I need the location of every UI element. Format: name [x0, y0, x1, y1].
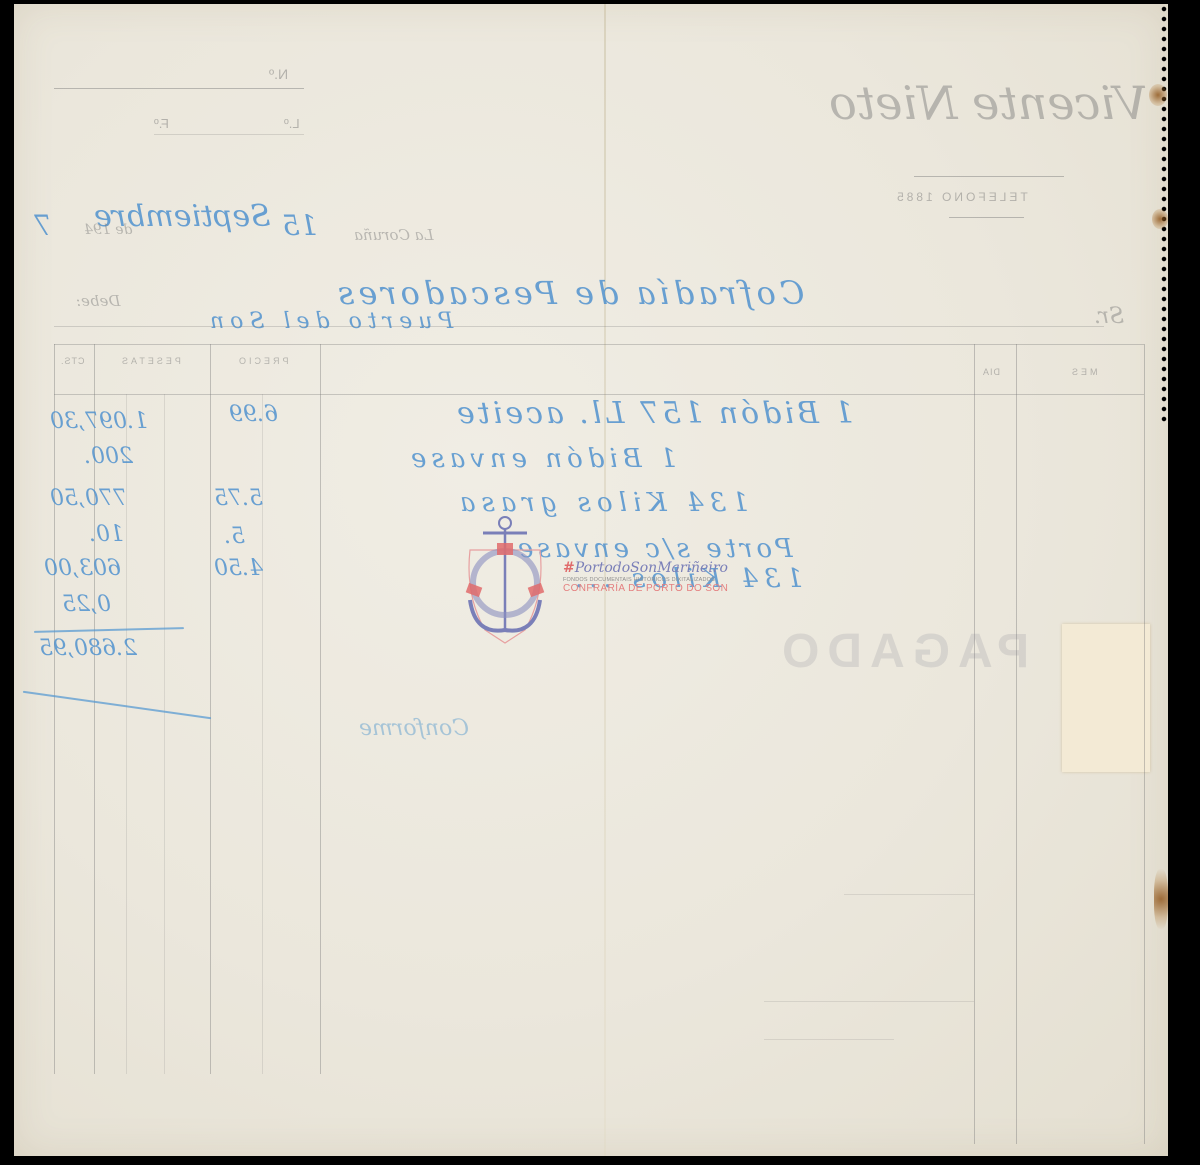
table-subdivider [164, 394, 165, 1074]
line-item-description: 1 Bidón 157 Ll. aceite [454, 396, 854, 431]
line-item-amount: 200. [84, 444, 133, 469]
recipient-name-line2: Puerto del Son [204, 309, 453, 334]
line-item-precio: 5.75 [214, 486, 263, 511]
watermark-title: #PortodoSonMariñeiro [563, 560, 728, 576]
line-item-amount: 1.097,30 [50, 409, 148, 434]
watermark-organization: CONFRARÍA DE PORTO DO SON [563, 583, 728, 594]
ledger-field-line [154, 134, 304, 135]
rust-stain [1154, 869, 1168, 929]
signature-ghost: Conforme [359, 716, 469, 741]
header-pesetas: PESETAS [119, 356, 181, 366]
date-year-suffix: 7 [34, 209, 52, 242]
letterhead-rule-short [949, 217, 1024, 218]
header-dia: DIA [982, 367, 1000, 377]
total-amount: 2.680,95 [39, 636, 137, 661]
line-item-precio: 5. [224, 524, 245, 549]
rust-stain [1152, 209, 1168, 229]
watermark-text: #PortodoSonMariñeiro FONDOS DOCUMENTAIS … [563, 560, 728, 594]
date-day: 15 [282, 209, 318, 242]
folio-field-label: F.º [154, 116, 169, 131]
rust-stain [1149, 84, 1167, 106]
total-flourish [23, 691, 211, 719]
table-right-border [1144, 344, 1145, 1144]
recipient-line [54, 326, 1104, 327]
line-item-precio: 6.99 [229, 402, 278, 427]
table-top-border [54, 344, 1144, 345]
table-column-divider [1016, 344, 1017, 1144]
table-column-divider [320, 344, 321, 1074]
header-cts: CTS. [60, 356, 85, 366]
letterhead-rule [914, 176, 1064, 177]
company-name: Vicente Nieto [829, 76, 1147, 130]
ghost-rule [764, 1039, 894, 1040]
header-precio: PRECIO [236, 356, 289, 366]
number-field-line [54, 88, 304, 89]
table-column-divider [54, 344, 55, 1074]
table-column-divider [210, 344, 211, 1074]
debe-label: Debe: [76, 292, 120, 310]
ghost-rule [844, 894, 974, 895]
date-year-prefix: de 194 [84, 222, 132, 238]
table-header-bottom [54, 394, 1144, 395]
number-field-label: N.º [269, 66, 288, 82]
ledger-field-label: L.º [284, 116, 300, 131]
total-underline [34, 627, 184, 633]
line-item-amount: 603,00 [44, 556, 121, 581]
ghost-rule [764, 1001, 974, 1002]
table-column-divider [974, 344, 975, 1144]
place-label: La Coruña [354, 226, 434, 244]
paper-tape-patch [1062, 624, 1150, 772]
line-item-amount: 770,50 [50, 486, 127, 511]
line-item-description: 134 Kilos grasa [454, 488, 749, 518]
header-mes: MES [1069, 367, 1098, 377]
line-item-precio: 4.50 [214, 556, 263, 581]
extra-amount: 0,25 [62, 592, 111, 617]
anchor-emblem-icon [455, 515, 555, 650]
recipient-name-line1: Cofradía de Pescadores [334, 274, 804, 312]
phone-label: TELEFONO 1885 [894, 190, 1028, 204]
paid-stamp-ghost: PAGADO [774, 624, 1029, 679]
line-item-amount: 10. [89, 522, 124, 547]
line-item-description: 1 Bidón envase [406, 444, 677, 474]
